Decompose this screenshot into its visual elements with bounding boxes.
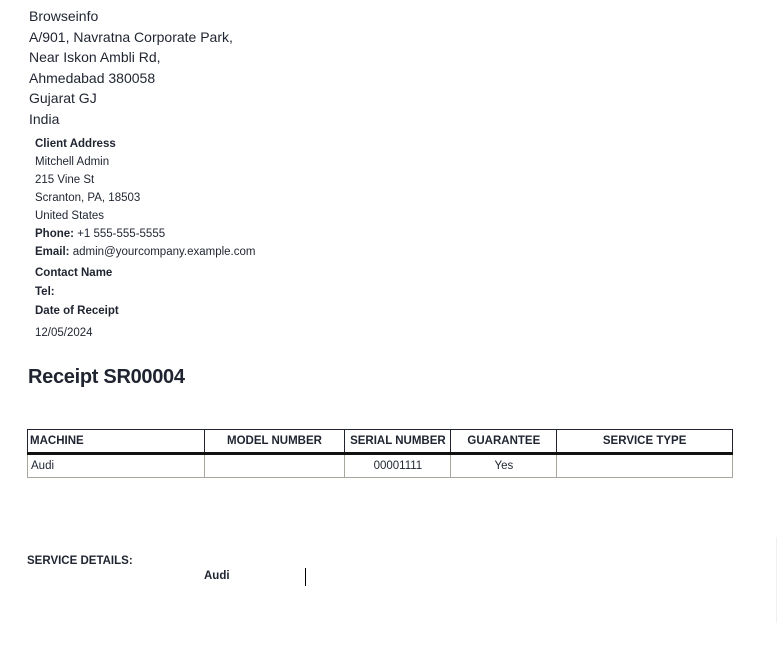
receipt-title: Receipt SR00004: [28, 366, 185, 389]
client-address: Client Address Mitchell Admin 215 Vine S…: [35, 135, 255, 261]
tel-label: Tel:: [35, 283, 119, 302]
client-phone: Phone: +1 555-555-5555: [35, 225, 255, 243]
header-model-number: MODEL NUMBER: [204, 430, 345, 454]
client-address-heading: Client Address: [35, 135, 255, 153]
date-of-receipt-label: Date of Receipt: [35, 302, 119, 321]
header-service-type: SERVICE TYPE: [557, 430, 733, 454]
cell-machine: Audi: [28, 454, 205, 478]
text-cursor: [305, 568, 306, 586]
company-address-line: India: [29, 109, 233, 130]
client-street: 215 Vine St: [35, 171, 255, 189]
header-guarantee: GUARANTEE: [451, 430, 557, 454]
cell-serial-number: 00001111: [345, 454, 451, 478]
contact-name-label: Contact Name: [35, 264, 119, 283]
machine-table: MACHINE MODEL NUMBER SERIAL NUMBER GUARA…: [27, 429, 733, 478]
header-serial-number: SERIAL NUMBER: [345, 430, 451, 454]
cell-guarantee: Yes: [451, 454, 557, 478]
company-address-line: Near Iskon Ambli Rd,: [29, 47, 233, 68]
email-value: admin@yourcompany.example.com: [73, 246, 256, 258]
cell-service-type: [557, 454, 733, 478]
service-details-value: Audi: [204, 570, 230, 582]
client-city: Scranton, PA, 18503: [35, 189, 255, 207]
phone-value: +1 555-555-5555: [77, 228, 165, 240]
client-country: United States: [35, 207, 255, 225]
client-name: Mitchell Admin: [35, 153, 255, 171]
service-details-label: SERVICE DETAILS:: [27, 555, 133, 567]
header-machine: MACHINE: [28, 430, 205, 454]
contact-info: Contact Name Tel: Date of Receipt 12/05/…: [35, 264, 119, 343]
client-email: Email: admin@yourcompany.example.com: [35, 243, 255, 261]
company-address-line: A/901, Navratna Corporate Park,: [29, 27, 233, 48]
cell-model-number: [204, 454, 345, 478]
email-label: Email:: [35, 246, 70, 258]
company-name: Browseinfo: [29, 6, 233, 27]
company-address: Browseinfo A/901, Navratna Corporate Par…: [29, 6, 233, 130]
company-address-line: Ahmedabad 380058: [29, 68, 233, 89]
table-header-row: MACHINE MODEL NUMBER SERIAL NUMBER GUARA…: [28, 430, 733, 454]
table-row: Audi 00001111 Yes: [28, 454, 733, 478]
company-address-line: Gujarat GJ: [29, 88, 233, 109]
date-of-receipt-value: 12/05/2024: [35, 324, 119, 343]
phone-label: Phone:: [35, 228, 74, 240]
